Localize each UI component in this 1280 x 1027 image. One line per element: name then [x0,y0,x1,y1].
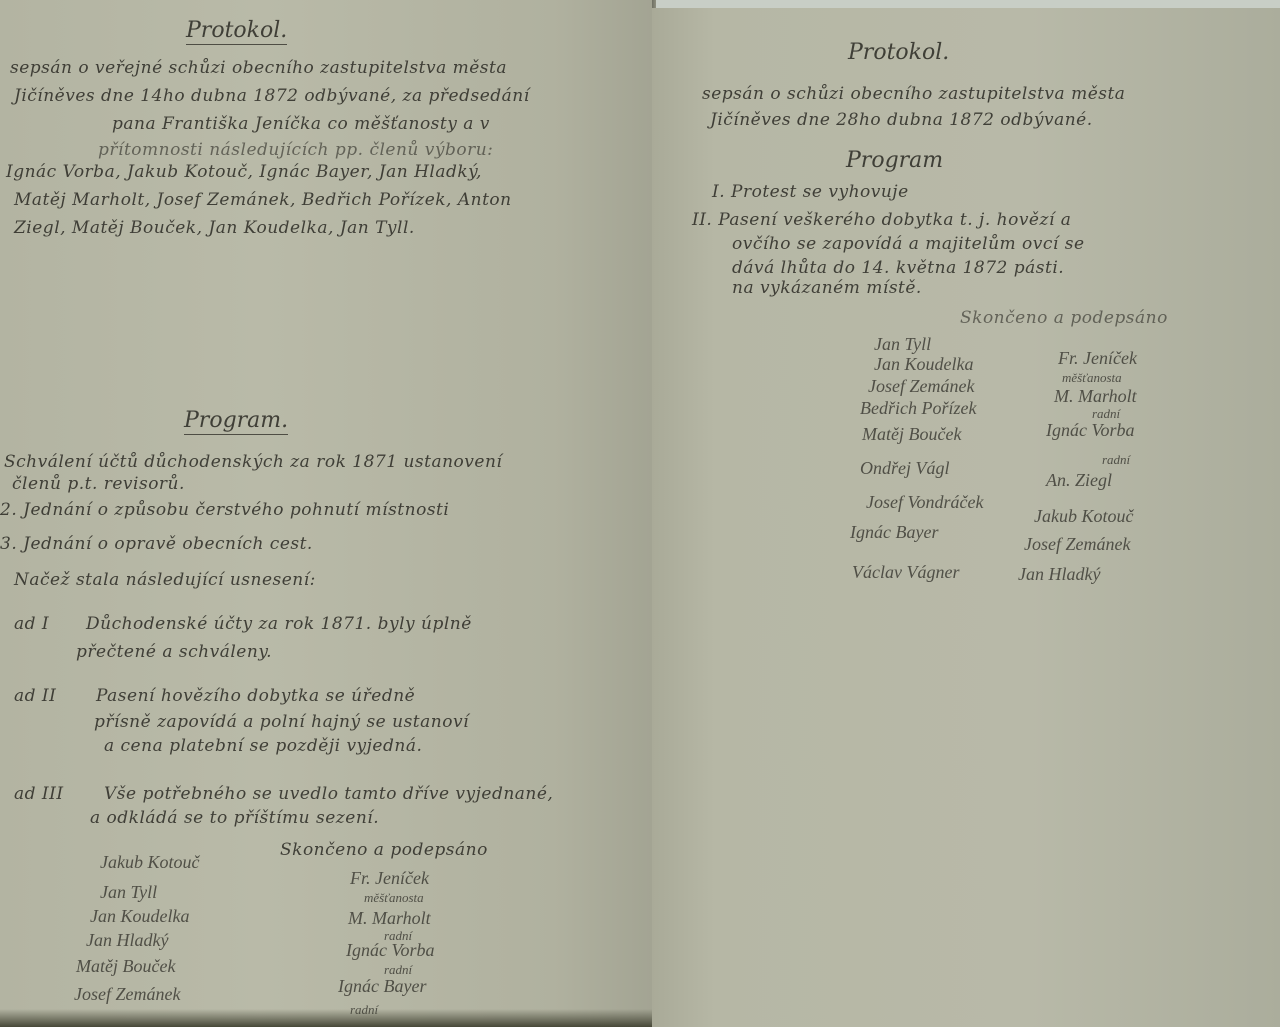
right-closing: Skončeno a podepsáno [960,308,1168,328]
right-page-title: Protokol. [848,40,949,66]
left-program-item: členů p.t. revisorů. [12,474,185,494]
resolution-line: Vše potřebného se uvedlo tamto dříve vyj… [104,784,553,804]
signature: Fr. Jeníček [1058,348,1137,369]
left-intro-line: Matěj Marholt, Josef Zemánek, Bedřich Po… [14,190,512,210]
page-bottom-shadow [0,1009,652,1027]
signature: Jan Hladký [86,930,168,951]
signature: Jan Tyll [100,882,157,903]
signature: Jan Hladký [1018,564,1100,585]
left-closing: Skončeno a podepsáno [280,840,488,860]
signature: Václav Vágner [852,562,959,583]
open-ledger: Protokol. sepsán o veřejné schůzi obecní… [0,0,1280,1027]
signature: Matěj Bouček [76,956,175,977]
signature: Ignác Bayer [850,522,938,543]
signature: Bedřich Pořízek [860,398,976,419]
right-program-heading: Program [846,148,943,174]
resolution-label: ad I [14,614,49,634]
resolution-line: přísně zapovídá a polní hajný se ustanov… [94,712,469,732]
right-intro-line: sepsán o schůzi obecního zastupitelstva … [702,84,1125,104]
left-program-heading: Program. [184,408,288,435]
signature: Jan Koudelka [90,906,189,927]
right-intro-line: Jičíněves dne 28ho dubna 1872 odbývané. [710,110,1093,130]
signature: Jan Tyll [874,334,931,355]
signature-role: radní [1102,452,1130,468]
left-program-item: Schválení účtů důchodenských za rok 1871… [4,452,502,472]
signature: Matěj Bouček [862,424,961,445]
right-program-item: dává lhůta do 14. května 1872 pásti. [732,258,1064,278]
signature: Ignác Bayer [338,976,426,997]
resolution-line: přečtené a schváleny. [76,642,272,662]
signature: Ignác Vorba [1046,420,1135,441]
resolution-label: ad II [14,686,56,706]
signature: An. Ziegl [1046,470,1112,491]
resolution-line: Důchodenské účty za rok 1871. byly úplně [86,614,472,634]
resolution-label: ad III [14,784,64,804]
left-page: Protokol. sepsán o veřejné schůzi obecní… [0,0,652,1027]
left-intro-line: Ziegl, Matěj Bouček, Jan Koudelka, Jan T… [14,218,415,238]
left-intro-line: pana Františka Jeníčka co měšťanosty a v [112,114,490,134]
signature: Josef Vondráček [866,492,983,513]
signature: Josef Zemánek [1024,534,1130,555]
signature: Jakub Kotouč [1034,506,1133,527]
right-program-item: I. Protest se vyhovuje [712,182,909,202]
left-page-title: Protokol. [186,18,287,45]
left-resolution-intro: Načež stala následující usnesení: [14,570,316,590]
signature: Josef Zemánek [868,376,974,397]
left-intro-line: Ignác Vorba, Jakub Kotouč, Ignác Bayer, … [6,162,482,182]
signature: Ondřej Vágl [860,458,950,479]
signature: Josef Zemánek [74,984,180,1005]
left-program-item: 3. Jednání o opravě obecních cest. [0,534,313,554]
signature-role: měšťanosta [364,890,424,906]
right-program-item: II. Pasení veškerého dobytka t. j. hověz… [692,210,1071,230]
resolution-line: a odkládá se to příštímu sezení. [90,808,379,828]
signature: Jan Koudelka [874,354,973,375]
left-intro-line: Jičíněves dne 14ho dubna 1872 odbývané, … [14,86,530,106]
resolution-line: a cena platební se později vyjedná. [104,736,422,756]
signature: M. Marholt [1054,386,1137,407]
signature: Jakub Kotouč [100,852,199,873]
signature: Ignác Vorba [346,940,435,961]
signature-role: měšťanosta [1062,370,1122,386]
left-intro-line: přítomnosti následujících pp. členů výbo… [98,140,493,160]
right-program-item: na vykázaném místě. [732,278,922,298]
signature: Fr. Jeníček [350,868,429,889]
right-program-item: ovčího se zapovídá a majitelům ovcí se [732,234,1085,254]
resolution-line: Pasení hovězího dobytka se úředně [96,686,415,706]
right-page: Protokol. sepsán o schůzi obecního zastu… [652,8,1280,1027]
signature: M. Marholt [348,908,431,929]
left-intro-line: sepsán o veřejné schůzi obecního zastupi… [10,58,507,78]
left-program-item: 2. Jednání o způsobu čerstvého pohnutí m… [0,500,449,520]
